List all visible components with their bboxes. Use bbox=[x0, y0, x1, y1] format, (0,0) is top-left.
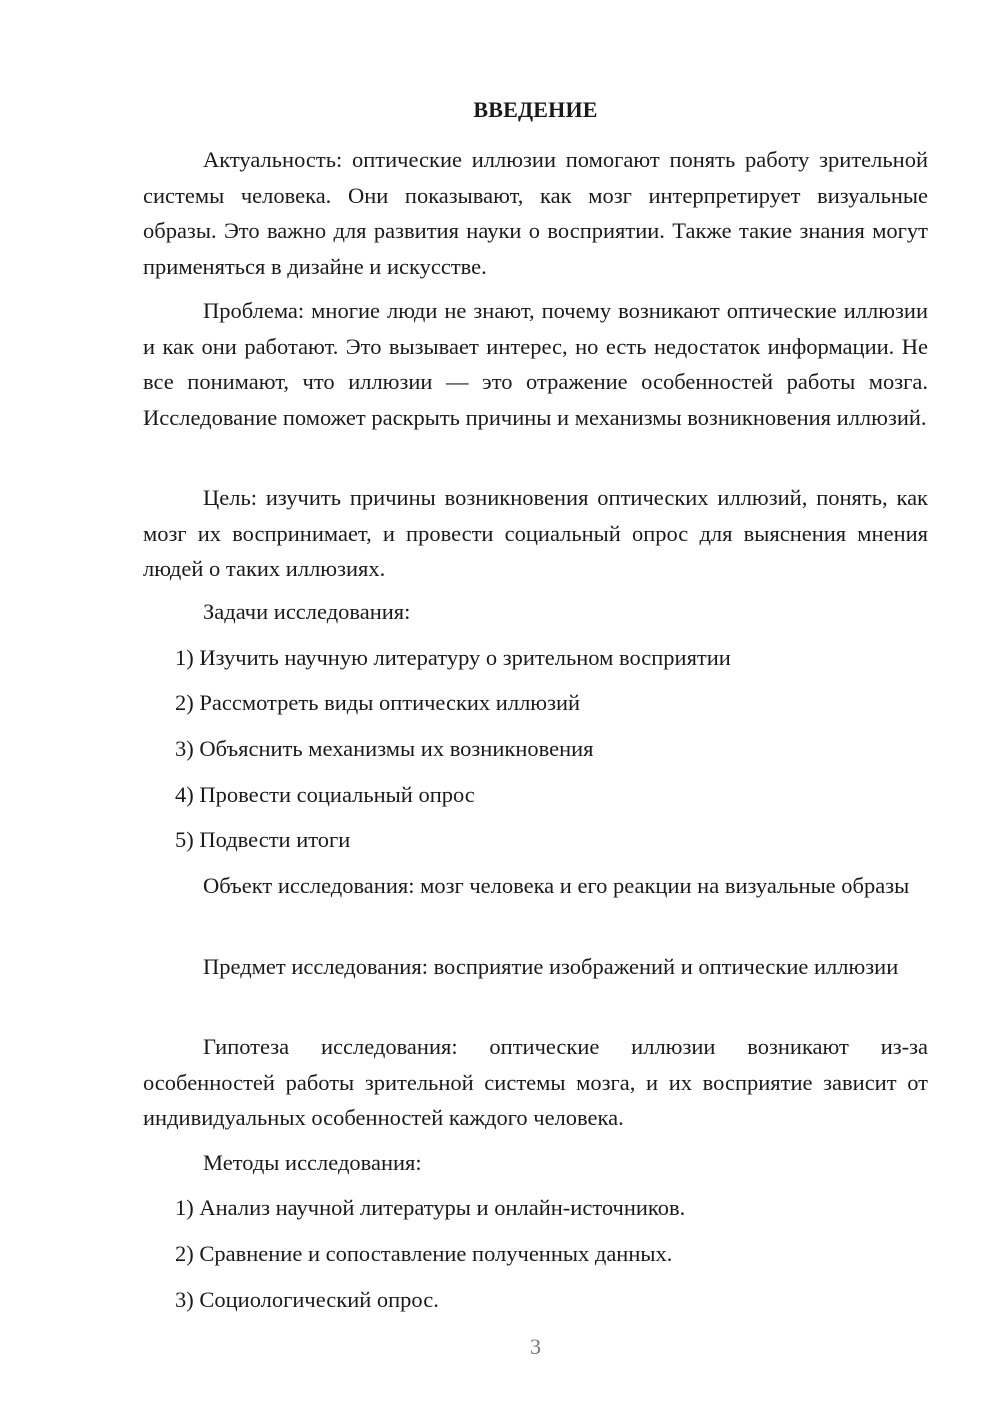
method-item: 2) Сравнение и сопоставление полученных … bbox=[175, 1239, 672, 1269]
task-item: 5) Подвести итоги bbox=[175, 825, 350, 855]
paragraph-hypothesis: Гипотеза исследования: оптические иллюзи… bbox=[143, 1029, 928, 1136]
task-item: 2) Рассмотреть виды оптических иллюзий bbox=[175, 688, 580, 718]
methods-heading: Методы исследования: bbox=[203, 1148, 422, 1178]
task-item: 1) Изучить научную литературу о зрительн… bbox=[175, 643, 731, 673]
method-item: 3) Социологический опрос. bbox=[175, 1285, 439, 1315]
task-item: 4) Провести социальный опрос bbox=[175, 780, 475, 810]
method-item: 1) Анализ научной литературы и онлайн-ис… bbox=[175, 1193, 685, 1223]
page-title: ВВЕДЕНИЕ bbox=[143, 96, 928, 124]
page-number: 3 bbox=[143, 1333, 928, 1361]
paragraph-subject: Предмет исследования: восприятие изображ… bbox=[143, 949, 928, 985]
tasks-heading: Задачи исследования: bbox=[203, 597, 410, 627]
paragraph-relevance: Актуальность: оптические иллюзии помогаю… bbox=[143, 142, 928, 284]
paragraph-goal: Цель: изучить причины возникновения опти… bbox=[143, 480, 928, 587]
paragraph-object: Объект исследования: мозг человека и его… bbox=[143, 868, 928, 904]
paragraph-problem: Проблема: многие люди не знают, почему в… bbox=[143, 293, 928, 435]
task-item: 3) Объяснить механизмы их возникновения bbox=[175, 734, 594, 764]
